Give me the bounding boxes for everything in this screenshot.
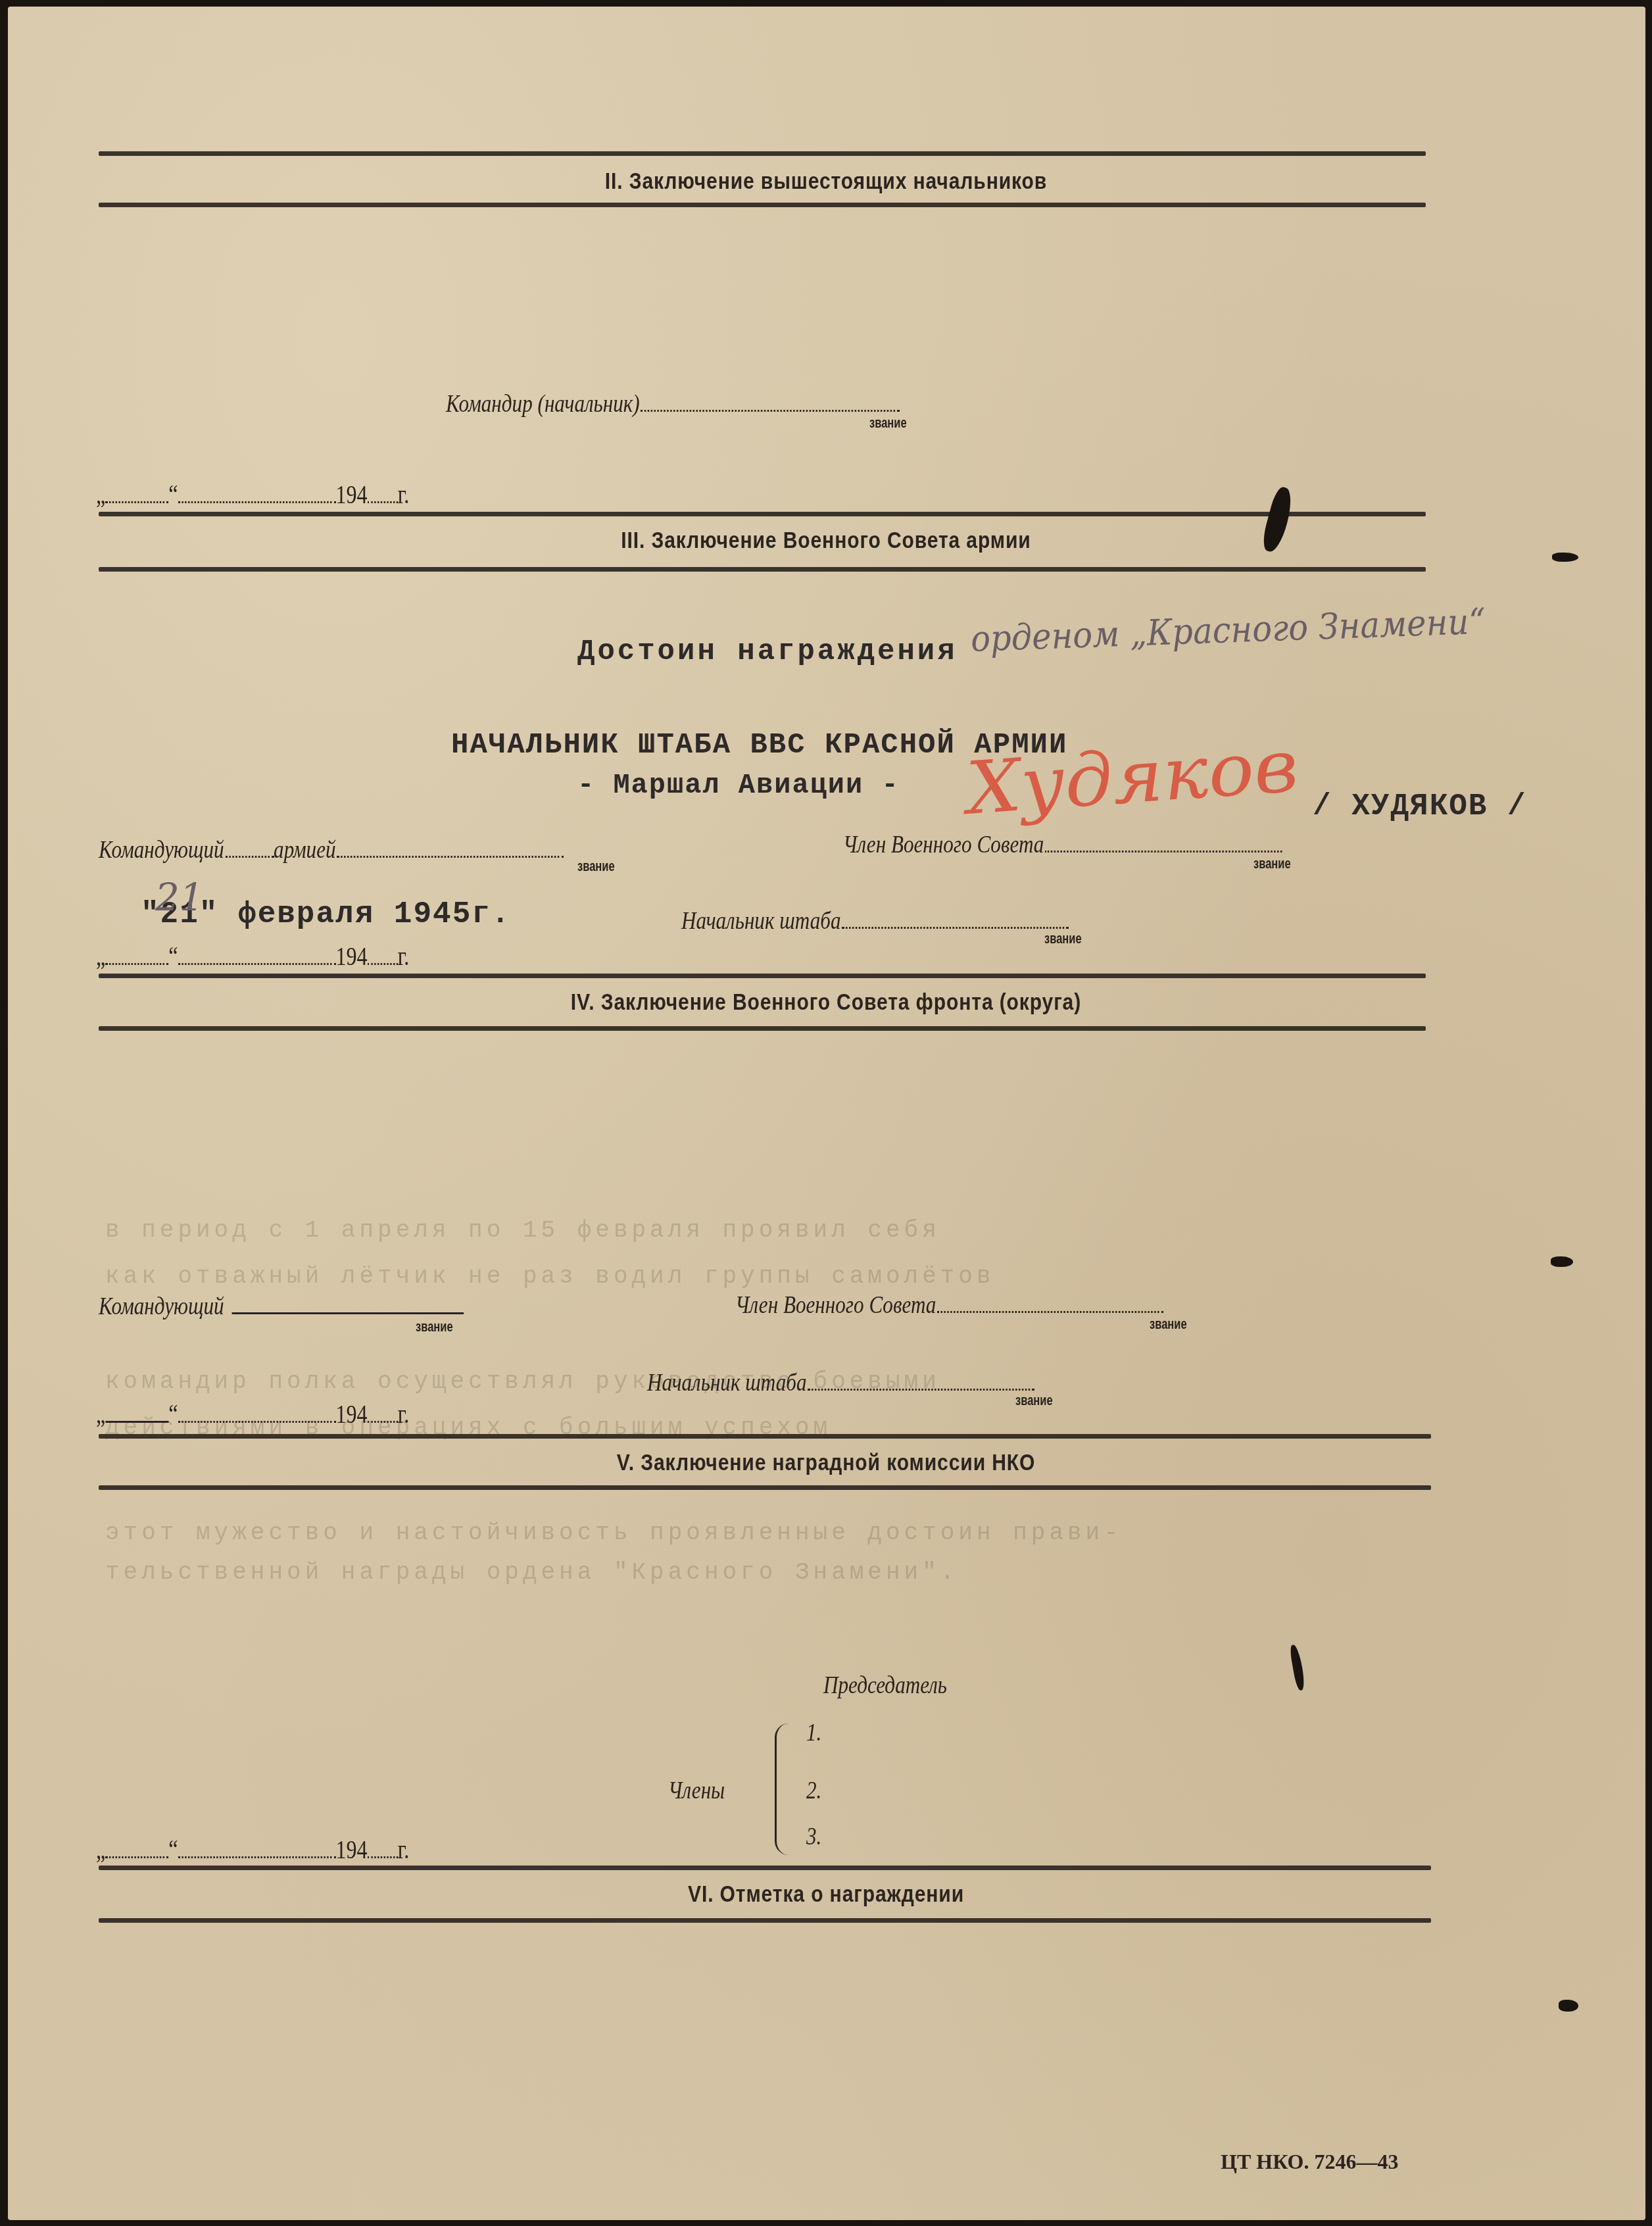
typed-title-line-2: - Маршал Авиации -	[577, 770, 900, 801]
commander-label: Командующий	[99, 1293, 224, 1320]
commander-label: Командующий	[99, 836, 224, 864]
section-divider	[99, 1434, 1431, 1439]
section-6-heading: VI. Отметка о награждении	[116, 1881, 1536, 1908]
chairman-label: Председатель	[823, 1671, 947, 1700]
day-input[interactable]	[105, 1856, 168, 1858]
date-field: „“194г.	[96, 941, 409, 972]
army-number-input[interactable]	[225, 856, 274, 858]
commander-rank-input[interactable]	[641, 410, 900, 412]
rank-caption: звание	[1015, 1392, 1053, 1409]
chief-of-staff-rank-input[interactable]	[808, 1389, 1034, 1391]
typed-signatory-name: / ХУДЯКОВ /	[1313, 789, 1527, 824]
print-code: ЦТ НКО. 7246—43	[1221, 2150, 1398, 2174]
army-label: армией	[274, 836, 335, 864]
rank-caption: звание	[1150, 1316, 1187, 1333]
council-member-label: Член Военного Совета	[735, 1291, 936, 1319]
chief-of-staff-field: Начальник штаба	[681, 906, 1069, 935]
rank-caption: звание	[1253, 855, 1291, 872]
section-4-heading: IV. Заключение Военного Совета фронта (о…	[116, 989, 1536, 1016]
council-member-field: Член Военного Совета	[843, 830, 1282, 859]
date-field: „“194г.	[96, 1398, 409, 1429]
section-divider	[99, 974, 1426, 978]
rank-caption: звание	[416, 1318, 453, 1335]
section-divider	[99, 151, 1426, 156]
punch-hole	[1559, 2000, 1578, 2012]
month-input[interactable]	[178, 1421, 335, 1423]
army-commander-field: Командующийармией	[99, 835, 564, 864]
section-divider	[99, 1485, 1431, 1490]
council-member-field: Член Военного Совета	[735, 1291, 1163, 1320]
section-divider	[99, 1026, 1426, 1031]
year-input[interactable]	[367, 501, 397, 503]
commander-field: Командир (начальник)	[446, 389, 900, 418]
section-divider	[99, 512, 1426, 516]
commander-label: Командир (начальник)	[446, 390, 640, 418]
year-input[interactable]	[367, 963, 397, 965]
front-commander-field: Командующий	[99, 1292, 464, 1321]
commander-rank-input[interactable]	[337, 856, 563, 858]
bleed-through-text: этот мужество и настойчивость проявленны…	[105, 1520, 1122, 1546]
day-input[interactable]	[105, 501, 168, 503]
council-member-label: Член Военного Совета	[843, 831, 1044, 858]
year-input[interactable]	[367, 1856, 397, 1858]
section-2-heading: II. Заключение вышестоящих начальников	[116, 168, 1536, 195]
rank-caption: звание	[869, 414, 907, 432]
section-divider	[99, 1918, 1431, 1923]
date-field: „“194г.	[96, 1834, 409, 1865]
bleed-through-text: как отважный лётчик не раз водил группы …	[105, 1263, 995, 1290]
member-number-1: 1.	[806, 1718, 821, 1747]
council-member-rank-input[interactable]	[937, 1311, 1163, 1313]
month-input[interactable]	[178, 963, 335, 965]
chief-of-staff-rank-input[interactable]	[842, 927, 1068, 929]
chief-of-staff-label: Начальник штаба	[647, 1369, 807, 1397]
handwritten-day: 21	[155, 875, 204, 920]
bleed-through-text: тельственной награды ордена "Красного Зн…	[105, 1559, 958, 1586]
council-member-rank-input[interactable]	[1045, 851, 1282, 853]
section-divider	[99, 203, 1426, 207]
day-input[interactable]	[105, 963, 168, 965]
punch-hole	[1551, 1256, 1573, 1267]
chief-of-staff-field: Начальник штаба	[647, 1368, 1034, 1397]
section-divider	[99, 567, 1426, 572]
members-brace	[775, 1723, 789, 1855]
typed-conclusion: Достоин награждения	[577, 635, 958, 668]
rank-caption: звание	[577, 858, 615, 875]
commander-rank-input[interactable]	[231, 1312, 464, 1314]
bleed-through-text: в период с 1 апреля по 15 февраля прояви…	[105, 1217, 940, 1244]
rank-caption: звание	[1044, 930, 1082, 947]
year-input[interactable]	[367, 1421, 397, 1423]
member-number-2: 2.	[806, 1776, 821, 1805]
month-input[interactable]	[178, 1856, 335, 1858]
punch-hole	[1552, 553, 1578, 562]
date-field: „“194г.	[96, 479, 409, 510]
chief-of-staff-label: Начальник штаба	[681, 907, 841, 935]
day-input[interactable]	[105, 1421, 168, 1423]
section-5-heading: V. Заключение наградной комиссии НКО	[116, 1450, 1536, 1476]
member-number-3: 3.	[806, 1822, 821, 1851]
section-divider	[99, 1866, 1431, 1870]
month-input[interactable]	[178, 501, 335, 503]
section-3-heading: III. Заключение Военного Совета армии	[116, 528, 1536, 554]
members-label: Члены	[668, 1776, 725, 1805]
